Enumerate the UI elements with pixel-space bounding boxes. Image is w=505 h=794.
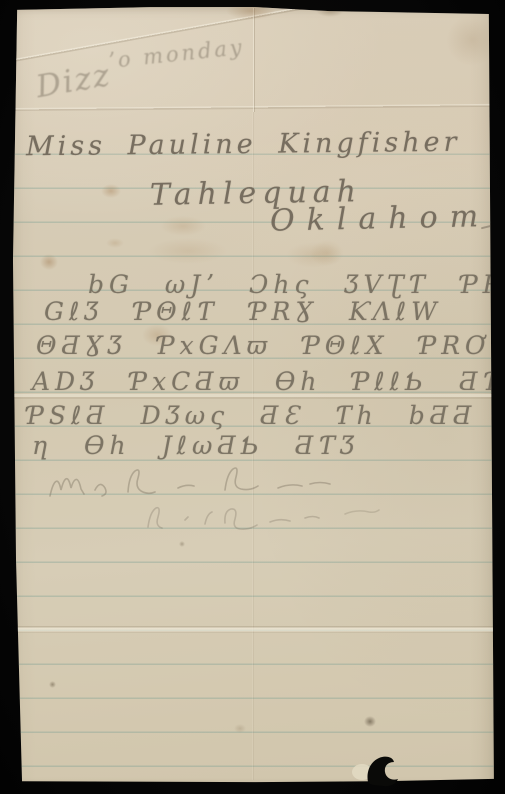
cherokee-syllabary-line: GℓƷ ƤΘℓƬ ƤRƔ ƘΛℓW xyxy=(44,299,442,324)
cherokee-syllabary-line: ƞ Ɵh JℓωƋƄ ƋƬƷ xyxy=(32,433,359,458)
cherokee-syllabary-line: ΘƋƔƷ ƤxGΛϖ ƤΘℓX ƤRƠ xyxy=(36,333,491,358)
address-line-recipient: Miss Pauline Kingfisher xyxy=(26,129,461,161)
address-line-state: Oklahoma xyxy=(270,201,505,236)
cherokee-syllabary-line: ADƷ ƤxCƋϖ Ɵh ƤℓℓƄ ƋƬƋ xyxy=(32,369,505,394)
paper-stains xyxy=(0,0,505,794)
cherokee-syllabary-line: ƤSℓƋ DƷως ƋƐ Ƭh bƋƋ xyxy=(27,403,476,428)
cherokee-syllabary-line: bG ωJʼ Ɔhς ƷVƮƬ ƤRƠ xyxy=(88,272,505,297)
letter-paper: ʼo monday Dizz Miss Pauline Kingfisher T… xyxy=(0,0,505,794)
letter-scan: ʼo monday Dizz Miss Pauline Kingfisher T… xyxy=(0,0,505,794)
